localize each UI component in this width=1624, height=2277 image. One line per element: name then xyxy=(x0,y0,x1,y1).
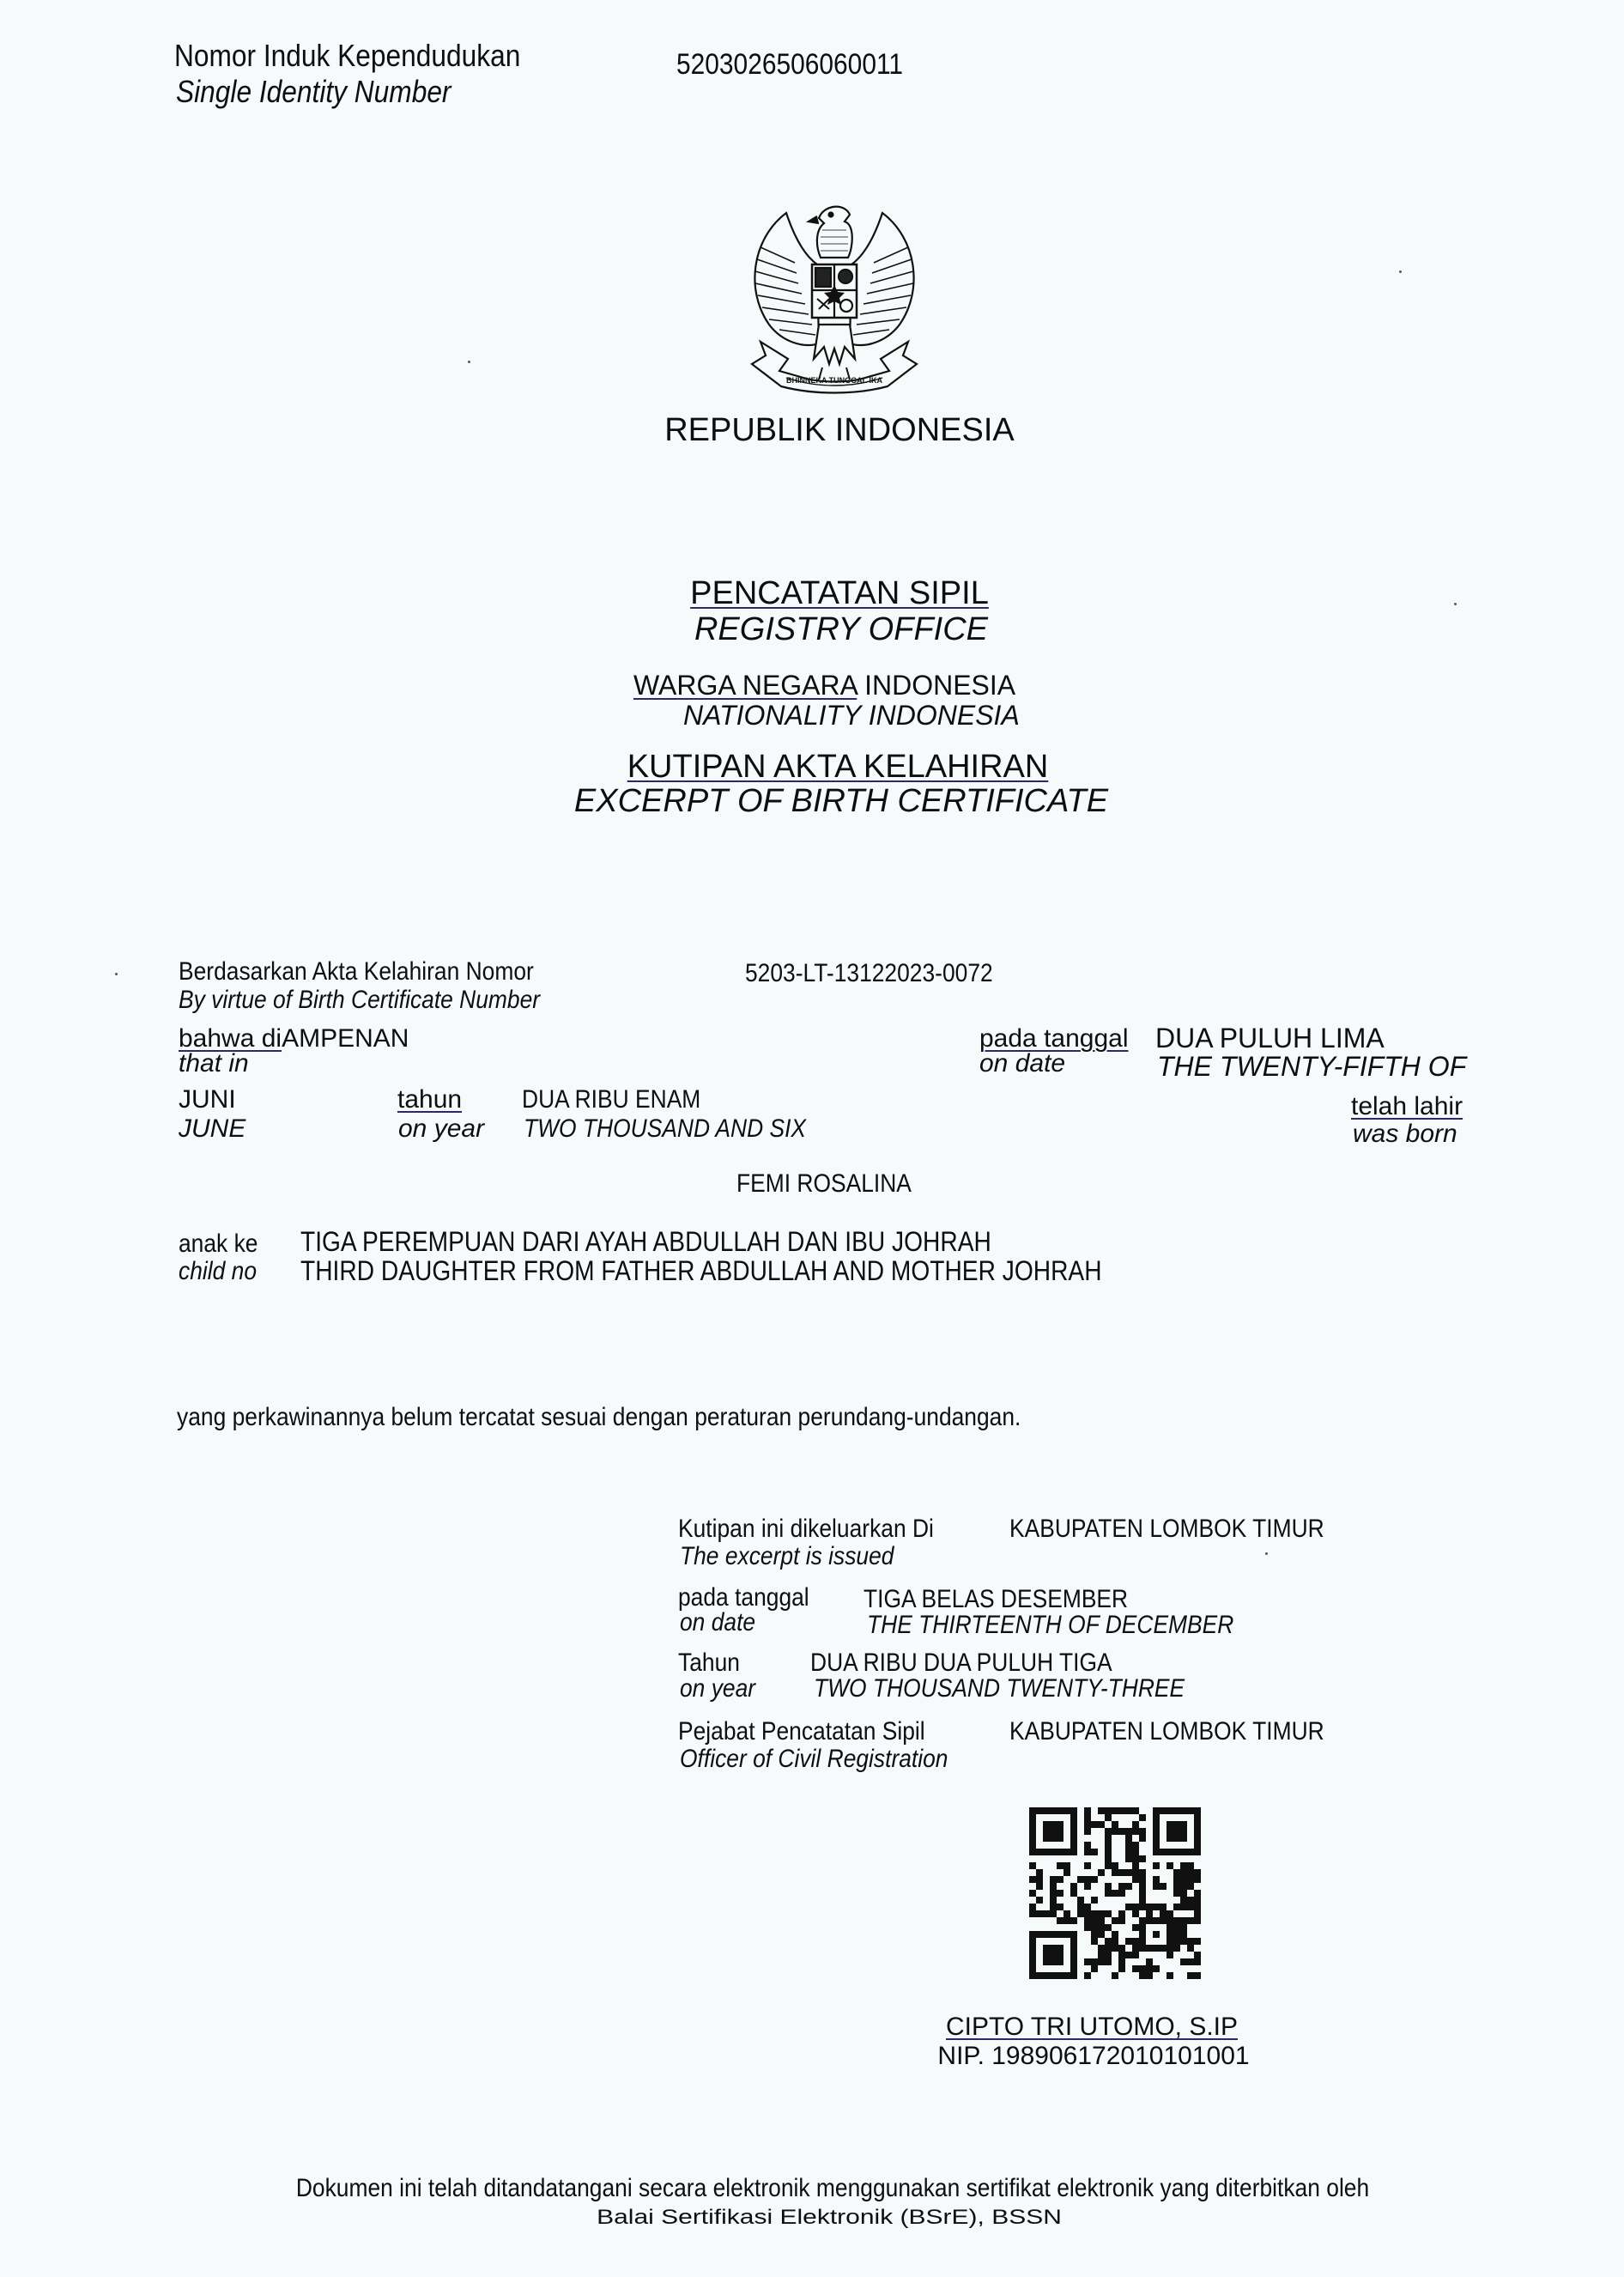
issue-year-label: Tahun xyxy=(678,1649,748,1678)
nik-value: 5203026506060011 xyxy=(676,48,934,82)
svg-text:BHINNEKA TUNGGAL IKA: BHINNEKA TUNGGAL IKA xyxy=(786,376,882,385)
child-order-value: TIGA PEREMPUAN DARI AYAH ABDULLAH DAN IB… xyxy=(300,1226,1086,1258)
birth-date-value-en: THE TWENTY-FIFTH OF xyxy=(1157,1051,1466,1083)
signatory-name: CIPTO TRI UTOMO, S.IP xyxy=(946,2013,1238,2042)
cert-number-label: Berdasarkan Akta Kelahiran Nomor xyxy=(179,957,582,987)
nationality-value: INDONESIA xyxy=(864,670,1015,701)
scan-speck xyxy=(1454,603,1457,605)
scan-speck xyxy=(115,973,118,975)
garuda-emblem-icon: BHINNEKA TUNGGAL IKA xyxy=(735,196,934,398)
nik-label: Nomor Induk Kependudukan xyxy=(174,38,567,74)
birth-date-label-en: on date xyxy=(979,1049,1065,1078)
nik-label-en: Single Identity Number xyxy=(176,74,488,110)
issue-year-label-en: on year xyxy=(680,1674,766,1703)
child-order-label-en: child no xyxy=(179,1257,267,1286)
birth-year-value: DUA RIBU ENAM xyxy=(522,1085,725,1114)
document-title: KUTIPAN AKTA KELAHIRAN xyxy=(627,749,1049,786)
marriage-note: yang perkawinannya belum tercatat sesuai… xyxy=(177,1403,1136,1432)
issue-date-value-en: THE THIRTEENTH OF DECEMBER xyxy=(867,1611,1284,1640)
birth-date-value: DUA PULUH LIMA xyxy=(1155,1023,1385,1054)
birth-month: JUNI xyxy=(179,1085,236,1114)
scan-speck xyxy=(468,361,470,363)
child-order-value-en: THIRD DAUGHTER FROM FATHER ABDULLAH AND … xyxy=(300,1255,1211,1287)
issue-date-value: TIGA BELAS DESEMBER xyxy=(864,1585,1164,1614)
e-signature-note: Dokumen ini telah ditandatangani secara … xyxy=(223,2174,1443,2203)
birthplace-label-en: that in xyxy=(179,1049,249,1078)
birth-month-en: JUNE xyxy=(179,1114,245,1144)
birthplace-value: AMPENAN xyxy=(282,1024,409,1053)
signatory-nip: NIP. 198906172010101001 xyxy=(937,2042,1249,2071)
document-title-en: EXCERPT OF BIRTH CERTIFICATE xyxy=(574,783,1108,820)
issued-at-label-en: The excerpt is issued xyxy=(680,1542,923,1571)
nationality-row-en: NATIONALITY INDONESIA xyxy=(683,700,1020,732)
birth-year-value-en: TWO THOUSAND AND SIX xyxy=(524,1114,845,1144)
birth-year-label: tahun xyxy=(397,1085,462,1114)
issued-at-label: Kutipan ini dikeluarkan Di xyxy=(678,1515,969,1544)
e-signature-issuer: Balai Sertifikasi Elektronik (BSrE), BSS… xyxy=(597,2206,1062,2229)
scan-speck xyxy=(1265,1552,1268,1555)
birth-year-label-en: on year xyxy=(398,1114,484,1144)
officer-label-en: Officer of Civil Registration xyxy=(680,1745,985,1774)
officer-value: KABUPATEN LOMBOK TIMUR xyxy=(1009,1717,1367,1746)
qr-code-icon[interactable] xyxy=(1029,1807,1201,1979)
office-title: PENCATATAN SIPIL xyxy=(690,575,989,612)
country-name: REPUBLIK INDONESIA xyxy=(664,412,1015,449)
scan-speck xyxy=(1399,270,1402,273)
cert-number-label-en: By virtue of Birth Certificate Number xyxy=(179,986,590,1015)
child-name: FEMI ROSALINA xyxy=(736,1169,936,1199)
born-label-en: was born xyxy=(1353,1120,1457,1149)
issue-date-label-en: on date xyxy=(680,1608,766,1637)
born-label: telah lahir xyxy=(1351,1092,1463,1121)
office-title-en: REGISTRY OFFICE xyxy=(694,611,988,648)
issue-year-value: DUA RIBU DUA PULUH TIGA xyxy=(810,1649,1154,1678)
issued-at-value: KABUPATEN LOMBOK TIMUR xyxy=(1009,1515,1367,1544)
nationality-row: WARGA NEGARA INDONESIA xyxy=(633,670,1015,701)
cert-number-value: 5203-LT-13122023-0072 xyxy=(745,959,1027,988)
issue-year-value-en: TWO THOUSAND TWENTY-THREE xyxy=(814,1674,1235,1703)
child-order-label: anak ke xyxy=(179,1230,269,1259)
nationality-label: WARGA NEGARA xyxy=(633,670,857,701)
officer-label: Pejabat Pencatatan Sipil xyxy=(678,1717,959,1746)
